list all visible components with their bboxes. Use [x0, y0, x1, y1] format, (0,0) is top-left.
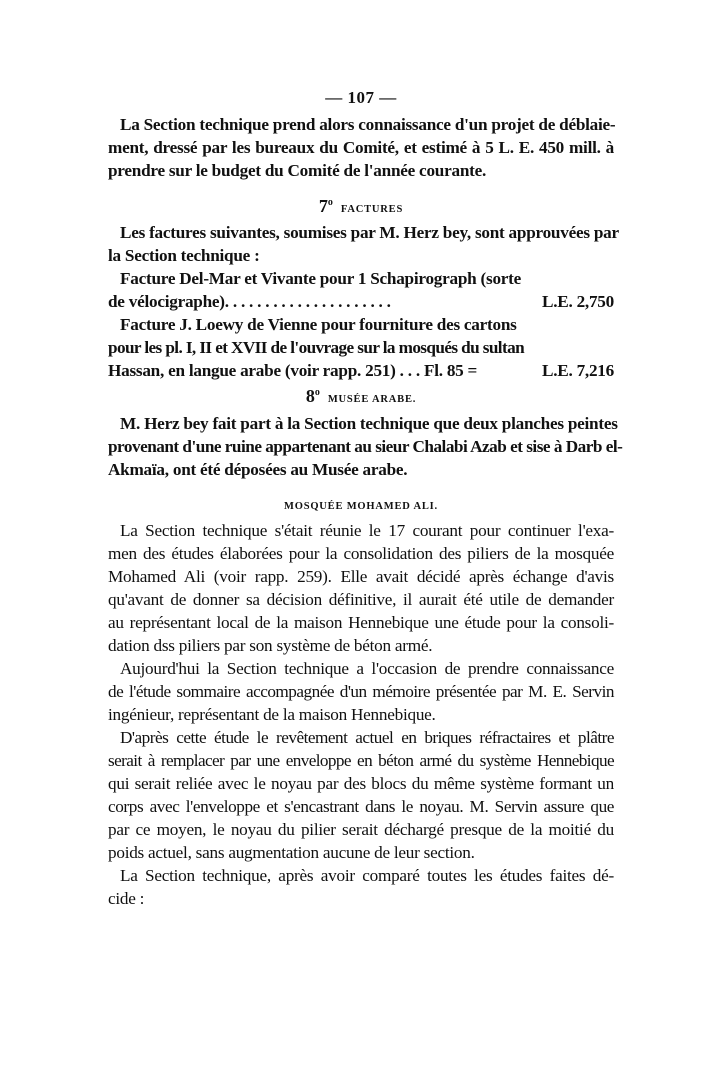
- invoice-1-amount: L.E. 2,750: [542, 291, 614, 313]
- invoice-2-amount: L.E. 7,216: [542, 360, 614, 382]
- invoice-2-line-3: Hassan, en langue arabe (voir rapp. 251)…: [108, 360, 477, 382]
- invoice-2-line-1: Facture J. Loewy de Vienne pour fournitu…: [108, 314, 508, 336]
- section-7-intro-line-2: la Section technique :: [108, 245, 614, 267]
- intro-line-3: prendre sur le budget du Comité de l'ann…: [108, 160, 614, 182]
- mosquee-p1-line-3: Mohamed Ali (voir rapp. 259). Elle avait…: [108, 566, 614, 588]
- mosquee-p3-line-3: qui serait reliée avec le noyau par des …: [108, 773, 614, 795]
- mosquee-p1-line-6: dation dss piliers par son système de bé…: [108, 635, 614, 657]
- invoice-1-line-1: Facture Del-Mar et Vivante pour 1 Schapi…: [108, 268, 508, 290]
- intro-line-1: La Section technique prend alors connais…: [108, 114, 614, 136]
- section-7-intro-line-1: Les factures suivantes, soumises par M. …: [108, 222, 614, 244]
- mosquee-p2-line-1: Aujourd'hui la Section technique a l'occ…: [108, 658, 614, 680]
- mosquee-p2-line-2: de l'étude sommaire accompagnée d'un mém…: [108, 681, 614, 703]
- mosquee-p4-line-2: cide :: [108, 888, 614, 910]
- mosquee-p4-line-1: La Section technique, après avoir compar…: [108, 865, 614, 887]
- section-7-heading: 7o FACTURES: [108, 196, 614, 217]
- section-8-title: MUSÉE ARABE.: [328, 394, 416, 405]
- mosquee-p1-line-4: qu'avant de donner sa décision définitiv…: [108, 589, 614, 611]
- mosquee-p1-line-2: men des études élaborées pour la consoli…: [108, 543, 614, 565]
- mosquee-p3-line-6: poids actuel, sans augmentation aucune d…: [108, 842, 614, 864]
- mosquee-p1-line-5: au représentant local de la maison Henne…: [108, 612, 614, 634]
- mosquee-p1-line-1: La Section technique s'était réunie le 1…: [108, 520, 614, 542]
- section-8-line-1: M. Herz bey fait part à la Section techn…: [108, 413, 614, 435]
- section-8-line-3: Akmaïa, ont été déposées au Musée arabe.: [108, 459, 614, 481]
- mosquee-p3-line-4: corps avec l'enveloppe et s'encastrant d…: [108, 796, 614, 818]
- mosquee-p2-line-3: ingénieur, représentant de la maison Hen…: [108, 704, 614, 726]
- page-number: — 107 —: [108, 88, 614, 108]
- mosquee-p3-line-2: serait à remplacer par une enveloppe en …: [108, 750, 614, 772]
- section-7-title: FACTURES: [341, 204, 403, 215]
- mosquee-heading: MOSQUÉE MOHAMED ALI.: [108, 496, 614, 514]
- invoice-1-line-2: de vélocigraphe). . . . . . . . . . . . …: [108, 291, 391, 313]
- intro-line-2: ment, dressé par les bureaux du Comité, …: [108, 137, 614, 159]
- mosquee-p3-line-1: D'après cette étude le revêtement actuel…: [108, 727, 614, 749]
- section-8-number: 8: [306, 386, 315, 406]
- mosquee-title: MOSQUÉE MOHAMED ALI.: [284, 501, 438, 512]
- invoice-2-line-2: pour les pl. I, II et XVII de l'ouvrage …: [108, 337, 508, 359]
- section-8-line-2: provenant d'une ruine appartenant au sie…: [108, 436, 614, 458]
- mosquee-p3-line-5: par ce moyen, le noyau du pilier serait …: [108, 819, 614, 841]
- section-7-number: 7: [319, 196, 328, 216]
- section-8-heading: 8o MUSÉE ARABE.: [108, 386, 614, 407]
- section-8-degree: o: [315, 387, 320, 398]
- section-7-degree: o: [328, 197, 333, 208]
